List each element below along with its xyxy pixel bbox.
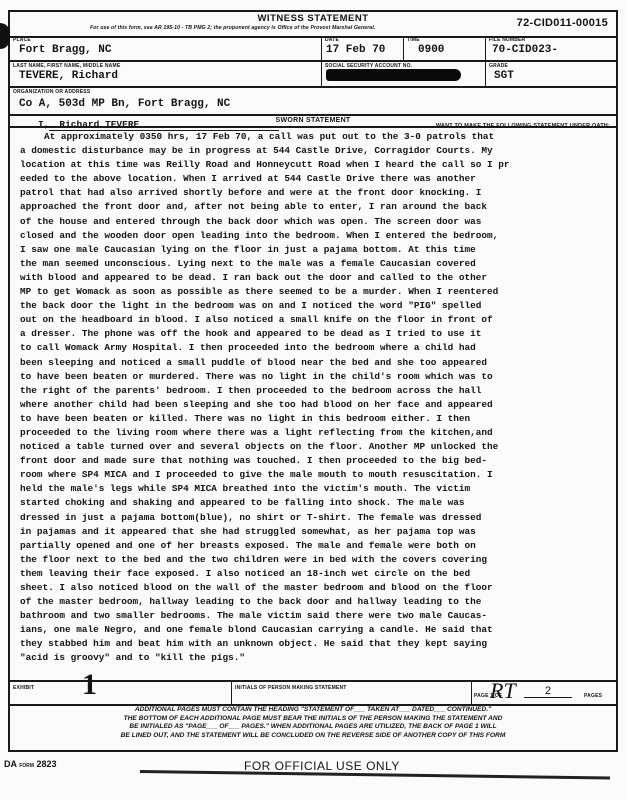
notice-line: BE INITIALED AS "PAGE___ OF___ PAGES." W… xyxy=(10,723,616,732)
statement-line: where another child had been sleeping an… xyxy=(20,398,610,412)
statement-line: started choking and shaking and appeared… xyxy=(20,496,610,510)
statement-line: dressed in just a pajama bottom(blue), n… xyxy=(20,511,610,525)
statement-line: partially opened and one of her breasts … xyxy=(20,539,610,553)
statement-line: in pajamas and it appeared that she had … xyxy=(20,525,610,539)
organization-value: Co A, 503d MP Bn, Fort Bragg, NC xyxy=(19,98,230,110)
page-count-field: PAGE 1 OF 2 PAGES xyxy=(472,682,616,704)
additional-pages-notice: ADDITIONAL PAGES MUST CONTAIN THE HEADIN… xyxy=(10,706,616,740)
statement-line: a domestic disturbance may be in progres… xyxy=(20,144,610,158)
place-label: PLACE xyxy=(13,37,31,43)
row-organization: ORGANIZATION OR ADDRESS Co A, 503d MP Bn… xyxy=(10,88,616,116)
date-field: DATE 17 Feb 70 xyxy=(322,36,404,60)
statement-line: MP to get Womack as soon as possible as … xyxy=(20,285,610,299)
statement-line: been sleeping and noticed a small puddle… xyxy=(20,356,610,370)
statement-line: patrol that had also arrived shortly bef… xyxy=(20,186,610,200)
statement-line: with blood and appeared to be dead. I ra… xyxy=(20,271,610,285)
name-value: TEVERE, Richard xyxy=(19,70,118,82)
document-id: 72-CID011-00015 xyxy=(517,17,608,29)
initials-label: INITIALS OF PERSON MAKING STATEMENT xyxy=(235,685,347,691)
statement-line: the man seemed unconscious. Lying next t… xyxy=(20,257,610,271)
date-label: DATE xyxy=(325,37,339,43)
exhibit-field: EXHIBIT 1 xyxy=(10,682,232,704)
place-value: Fort Bragg, NC xyxy=(19,44,111,56)
statement-line: to have been beaten or murdered. There w… xyxy=(20,370,610,384)
organization-field: ORGANIZATION OR ADDRESS Co A, 503d MP Bn… xyxy=(10,88,616,114)
notice-line: ADDITIONAL PAGES MUST CONTAIN THE HEADIN… xyxy=(10,706,616,715)
page-total: 2 xyxy=(524,685,572,698)
statement-line: a dresser. The phone was off the hook an… xyxy=(20,327,610,341)
name-field: LAST NAME, FIRST NAME, MIDDLE NAME TEVER… xyxy=(10,62,322,86)
form-bottom-row: EXHIBIT 1 INITIALS OF PERSON MAKING STAT… xyxy=(10,680,616,706)
notice-line: BE LINED OUT, AND THE STATEMENT WILL BE … xyxy=(10,732,616,741)
form-label: FORM xyxy=(19,763,34,769)
statement-line: room where SP4 MICA and I proceeded to g… xyxy=(20,468,610,482)
statement-prefix: I, xyxy=(38,119,49,130)
file-number-label: FILE NUMBER xyxy=(489,37,525,43)
statement-narrative: At approximately 0350 hrs, 17 Feb 70, a … xyxy=(20,130,610,666)
statement-line: to call Womack Army Hospital. I then pro… xyxy=(20,341,610,355)
statement-line: "acid is groovy" and to "kill the pigs." xyxy=(20,651,610,665)
statement-line: out on the headboard in blood. I also no… xyxy=(20,313,610,327)
notice-line: THE BOTTOM OF EACH ADDITIONAL PAGE MUST … xyxy=(10,715,616,724)
statement-line: held the male's legs while SP4 MICA brea… xyxy=(20,482,610,496)
statement-line: eeded to the above location. When I arri… xyxy=(20,172,610,186)
row-name-ssn: LAST NAME, FIRST NAME, MIDDLE NAME TEVER… xyxy=(10,62,616,88)
statement-line: proceeded to the living room where there… xyxy=(20,426,610,440)
initials-field: INITIALS OF PERSON MAKING STATEMENT RT xyxy=(232,682,472,704)
statement-line: location at this time was Reilly Road an… xyxy=(20,158,610,172)
name-label: LAST NAME, FIRST NAME, MIDDLE NAME xyxy=(13,63,120,69)
page-prefix: PAGE 1 OF xyxy=(474,693,502,699)
page-suffix: PAGES xyxy=(584,693,602,699)
statement-line: front door and made sure that nothing wa… xyxy=(20,454,610,468)
statement-line: noticed a table turned over and several … xyxy=(20,440,610,454)
date-value: 17 Feb 70 xyxy=(326,44,385,56)
statement-line: I saw one male Caucasian lying on the fl… xyxy=(20,243,610,257)
oath-text: WANT TO MAKE THE FOLLOWING STATEMENT UND… xyxy=(436,123,610,129)
statement-line: to have been beaten or killed. There was… xyxy=(20,412,610,426)
time-label: TIME xyxy=(407,37,420,43)
form-prefix: DA xyxy=(4,759,17,769)
statement-line: of the master bedroom, hallway leading t… xyxy=(20,595,610,609)
time-value: 0900 xyxy=(418,44,444,56)
statement-line: of the house and entered through the bac… xyxy=(20,215,610,229)
time-field: TIME 0900 xyxy=(404,36,486,60)
exhibit-value: 1 xyxy=(82,668,97,702)
grade-value: SGT xyxy=(494,70,514,82)
witness-statement-form: WITNESS STATEMENT For use of this form, … xyxy=(8,10,618,752)
statement-line: they stabbed him and beat him with an un… xyxy=(20,637,610,651)
statement-line: sheet. I also noticed blood on the wall … xyxy=(20,581,610,595)
statement-line: approached the front door and, after not… xyxy=(20,200,610,214)
statement-line: ians, one male Negro, and one female blo… xyxy=(20,623,610,637)
grade-field: GRADE SGT xyxy=(486,62,616,86)
form-number: DA FORM 2823 xyxy=(4,759,56,769)
form-header: WITNESS STATEMENT For use of this form, … xyxy=(10,12,616,38)
organization-label: ORGANIZATION OR ADDRESS xyxy=(13,89,90,95)
statement-line: the right of the parents' bedroom. I the… xyxy=(20,384,610,398)
ssn-redaction xyxy=(326,69,461,81)
row-place-date: PLACE Fort Bragg, NC DATE 17 Feb 70 TIME… xyxy=(10,36,616,62)
statement-line: At approximately 0350 hrs, 17 Feb 70, a … xyxy=(20,130,610,144)
statement-line: them leaving their face exposed. I also … xyxy=(20,567,610,581)
statement-line: bathroom and two smaller bedrooms. The m… xyxy=(20,609,610,623)
exhibit-label: EXHIBIT xyxy=(13,685,34,691)
grade-label: GRADE xyxy=(489,63,508,69)
file-number-field: FILE NUMBER 70-CID023- xyxy=(486,36,616,60)
place-field: PLACE Fort Bragg, NC xyxy=(10,36,322,60)
file-number-value: 70-CID023- xyxy=(492,44,558,56)
form-subtitle: For use of this form, see AR 195-10 - TB… xyxy=(90,25,375,31)
statement-line: closed and the wooden door open leading … xyxy=(20,229,610,243)
ssn-field: SOCIAL SECURITY ACCOUNT NO. xyxy=(322,62,486,86)
form-number-value: 2823 xyxy=(36,759,56,769)
statement-line: the back door the light in the bedroom w… xyxy=(20,299,610,313)
statement-line: the floor next to the bed and the two ch… xyxy=(20,553,610,567)
